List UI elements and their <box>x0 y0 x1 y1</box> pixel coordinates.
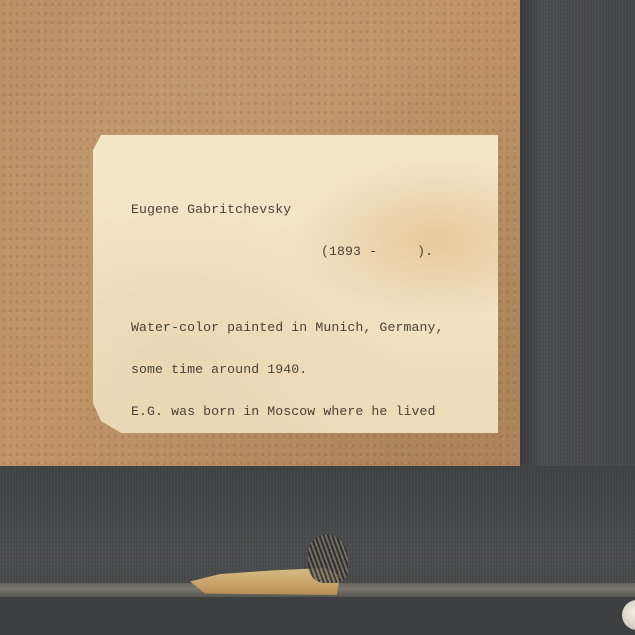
provenance-label: Eugene Gabritchevsky (1893 - ). Water-co… <box>93 135 498 433</box>
artist-name: Eugene Gabritchevsky <box>131 203 444 217</box>
artist-dates: (1893 - ). <box>131 245 444 259</box>
frayed-cloth-tuft <box>308 535 348 583</box>
label-line: some time around 1940. <box>131 363 444 377</box>
label-line: Water-color painted in Munich, Germany, <box>131 321 444 335</box>
label-line: E.G. was born in Moscow where he lived <box>131 405 444 419</box>
frame-bottom-strip <box>0 597 635 635</box>
photo-scene: Eugene Gabritchevsky (1893 - ). Water-co… <box>0 0 635 635</box>
